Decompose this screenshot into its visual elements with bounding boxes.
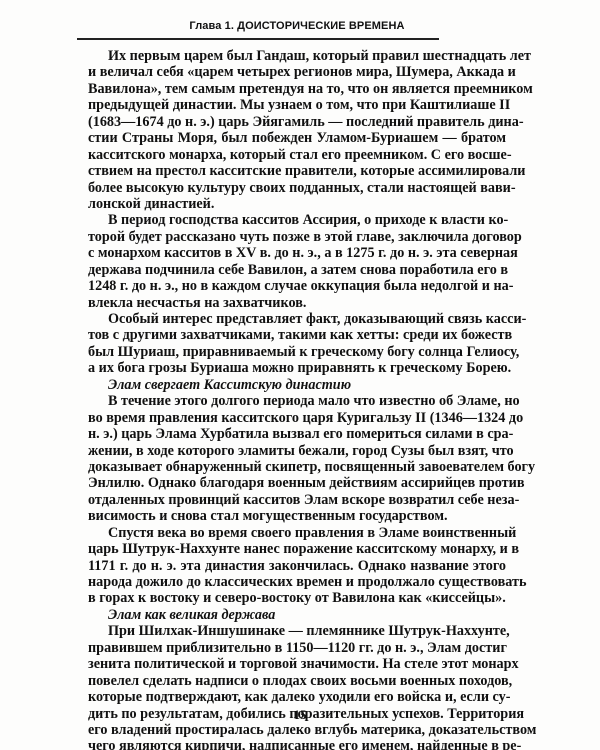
- text-line: предыдущей династии. Мы узнаем о том, чт…: [88, 97, 506, 113]
- text-line: жении, в ходе которого эламиты бежали, г…: [88, 443, 506, 459]
- text-line: доказывает обнаруженный скипетр, посвяще…: [88, 459, 506, 475]
- text-line: н. э.) царь Элама Хурбатила вызвал его п…: [88, 426, 506, 442]
- body-text: Их первым царем был Гандаш, который прав…: [88, 48, 506, 750]
- text-line: в горах к востоку и северо-востоку от Ва…: [88, 590, 506, 606]
- text-line: лонской династией.: [88, 196, 506, 212]
- text-line: 1171 г. до н. э. эта династия закончилас…: [88, 558, 506, 574]
- text-line: зенита политической и торговой значимост…: [88, 656, 506, 672]
- running-head: Глава 1. ДОИСТОРИЧЕСКИЕ ВРЕМЕНА: [88, 20, 506, 32]
- section-heading: Элам свергает Касситскую династию: [88, 377, 506, 393]
- text-line: его владений простиралась далеко вглубь …: [88, 722, 506, 738]
- text-line: Их первым царем был Гандаш, который прав…: [88, 48, 506, 64]
- text-line: более высокую культуру своих подданных, …: [88, 180, 506, 196]
- text-line: Энлилю. Однако благодаря военным действи…: [88, 475, 506, 491]
- text-line: которые подтверждают, как далеко уходили…: [88, 689, 506, 705]
- text-line: народа дожило до классических времен и п…: [88, 574, 506, 590]
- text-line: и величал себя «царем четырех регионов м…: [88, 64, 506, 80]
- text-line: был Шуриаш, приравниваемый к греческому …: [88, 344, 506, 360]
- text-line: влекла несчастья на захватчиков.: [88, 295, 506, 311]
- header-rule: [77, 38, 439, 40]
- page-number: 15: [0, 707, 600, 723]
- text-line: повелел сделать надписи о плодах своих в…: [88, 673, 506, 689]
- text-line: стии Страны Моря, был побежден Уламом-Бу…: [88, 130, 506, 146]
- text-line: во время правления касситского царя Кури…: [88, 410, 506, 426]
- text-line: держава подчинила себе Вавилон, а затем …: [88, 262, 506, 278]
- text-line: отдаленных провинций касситов Элам вскор…: [88, 492, 506, 508]
- text-line: При Шилхак-Иншушинаке — племяннике Шутру…: [88, 623, 506, 639]
- text-line: В течение этого долгого периода мало что…: [88, 393, 506, 409]
- text-line: висимость и снова стал могущественным го…: [88, 508, 506, 524]
- section-heading: Элам как великая держава: [88, 607, 506, 623]
- text-line: касситского монарха, который стал его пр…: [88, 147, 506, 163]
- text-line: чего являются кирпичи, надписанные его и…: [88, 738, 506, 750]
- text-line: Вавилона», тем самым претендуя на то, чт…: [88, 81, 506, 97]
- text-line: царь Шутрук-Наххунте нанес поражение кас…: [88, 541, 506, 557]
- text-line: правившем приблизительно в 1150—1120 гг.…: [88, 640, 506, 656]
- text-line: (1683—1674 до н. э.) царь Эйягамиль — по…: [88, 114, 506, 130]
- book-page: Глава 1. ДОИСТОРИЧЕСКИЕ ВРЕМЕНА Их первы…: [0, 0, 600, 750]
- text-line: торой будет рассказано чуть позже в этой…: [88, 229, 506, 245]
- text-line: Спустя века во время своего правления в …: [88, 525, 506, 541]
- text-line: тов с другими захватчиками, такими как х…: [88, 327, 506, 343]
- text-line: а их бога грозы Буриаша можно приравнять…: [88, 360, 506, 376]
- text-line: ствием на престол касситские правители, …: [88, 163, 506, 179]
- text-line: В период господства касситов Ассирия, о …: [88, 212, 506, 228]
- text-line: с монархом касситов в XV в. до н. э., а …: [88, 245, 506, 261]
- text-line: Особый интерес представляет факт, доказы…: [88, 311, 506, 327]
- text-line: 1248 г. до н. э., но в каждом случае окк…: [88, 278, 506, 294]
